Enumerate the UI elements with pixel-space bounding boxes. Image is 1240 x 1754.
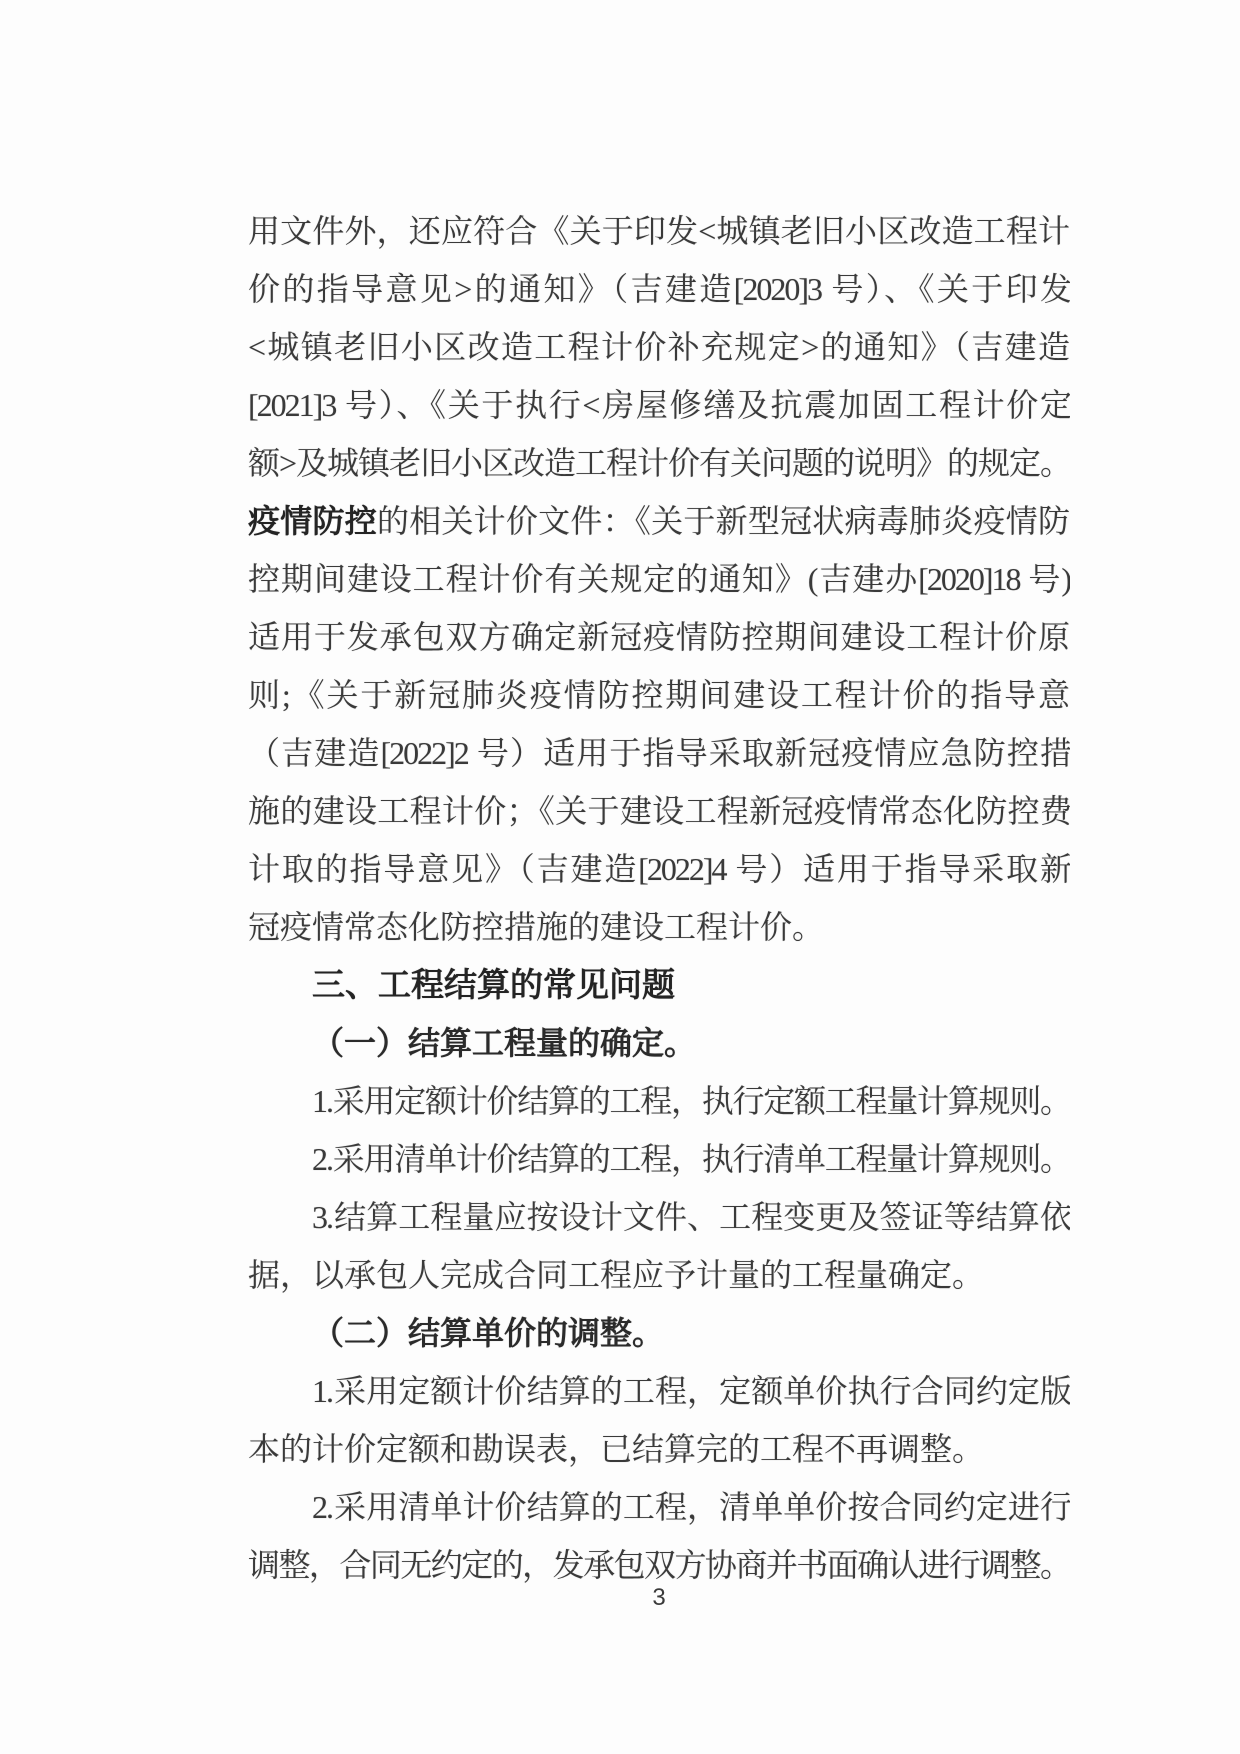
text-run: 据，以承包人完成合同工程应予计量的工程量确定。 bbox=[248, 1257, 984, 1293]
text-line: 价的指导意见>的通知》（吉建造[2020]3 号）、《关于印发 bbox=[248, 260, 1070, 318]
text-line: [2021]3 号）、《关于执行<房屋修缮及抗震加固工程计价定 bbox=[248, 376, 1070, 434]
text-run: 计取的指导意见》（吉建造[2022]4 号）适用于指导采取新 bbox=[248, 851, 1070, 887]
page-body: 用文件外，还应符合《关于印发<城镇老旧小区改造工程计价的指导意见>的通知》（吉建… bbox=[248, 202, 1070, 1594]
subsection-heading: （二）结算单价的调整。 bbox=[248, 1304, 1070, 1362]
text-run: 3.结算工程量应按设计文件、工程变更及签证等结算依 bbox=[312, 1199, 1070, 1235]
document-page: 用文件外，还应符合《关于印发<城镇老旧小区改造工程计价的指导意见>的通知》（吉建… bbox=[0, 0, 1240, 1754]
text-run: （一）结算工程量的确定。 bbox=[312, 1025, 696, 1061]
text-run: 价的指导意见>的通知》（吉建造[2020]3 号）、《关于印发 bbox=[248, 271, 1070, 307]
text-run: （二）结算单价的调整。 bbox=[312, 1315, 664, 1351]
text-run: 额>及城镇老旧小区改造工程计价有关问题的说明》的规定。 bbox=[248, 445, 1070, 481]
text-line: （吉建造[2022]2 号）适用于指导采取新冠疫情应急防控措 bbox=[248, 724, 1070, 782]
text-line: 计取的指导意见》（吉建造[2022]4 号）适用于指导采取新 bbox=[248, 840, 1070, 898]
subsection-heading: （一）结算工程量的确定。 bbox=[248, 1014, 1070, 1072]
text-line: 据，以承包人完成合同工程应予计量的工程量确定。 bbox=[248, 1246, 1070, 1304]
text-line: 1.采用定额计价结算的工程，执行定额工程量计算规则。 bbox=[248, 1072, 1070, 1130]
text-line: 2.采用清单计价结算的工程，清单单价按合同约定进行 bbox=[248, 1478, 1070, 1536]
text-run: 控期间建设工程计价有关规定的通知》(吉建办[2020]18 号) bbox=[248, 561, 1070, 597]
page-number: 3 bbox=[248, 1578, 1070, 1618]
text-line: 施的建设工程计价；《关于建设工程新冠疫情常态化防控费 bbox=[248, 782, 1070, 840]
text-line: 额>及城镇老旧小区改造工程计价有关问题的说明》的规定。 bbox=[248, 434, 1070, 492]
text-run: 本的计价定额和勘误表，已结算完的工程不再调整。 bbox=[248, 1431, 984, 1467]
text-run: 用文件外，还应符合《关于印发<城镇老旧小区改造工程计 bbox=[248, 213, 1070, 249]
text-line: 适用于发承包双方确定新冠疫情防控期间建设工程计价原 bbox=[248, 608, 1070, 666]
text-run: （吉建造[2022]2 号）适用于指导采取新冠疫情应急防控措 bbox=[248, 735, 1070, 771]
text-run: 三、工程结算的常见问题 bbox=[312, 966, 675, 1003]
text-run: 2.采用清单计价结算的工程，执行清单工程量计算规则。 bbox=[312, 1141, 1070, 1177]
text-run: 的相关计价文件：《关于新型冠状病毒肺炎疫情防 bbox=[377, 503, 1070, 539]
text-run: <城镇老旧小区改造工程计价补充规定>的通知》（吉建造 bbox=[248, 329, 1070, 365]
text-line: 本的计价定额和勘误表，已结算完的工程不再调整。 bbox=[248, 1420, 1070, 1478]
text-run: 施的建设工程计价；《关于建设工程新冠疫情常态化防控费 bbox=[248, 793, 1070, 829]
text-line: 用文件外，还应符合《关于印发<城镇老旧小区改造工程计 bbox=[248, 202, 1070, 260]
text-line: 冠疫情常态化防控措施的建设工程计价。 bbox=[248, 898, 1070, 956]
text-line: 2.采用清单计价结算的工程，执行清单工程量计算规则。 bbox=[248, 1130, 1070, 1188]
text-run: 1.采用定额计价结算的工程，执行定额工程量计算规则。 bbox=[312, 1083, 1070, 1119]
text-line: 1.采用定额计价结算的工程，定额单价执行合同约定版 bbox=[248, 1362, 1070, 1420]
text-run: [2021]3 号）、《关于执行<房屋修缮及抗震加固工程计价定 bbox=[248, 387, 1070, 423]
emphasis-term: 疫情防控 bbox=[248, 503, 377, 539]
section-heading: 三、工程结算的常见问题 bbox=[248, 956, 1070, 1014]
text-run: 则;《关于新冠肺炎疫情防控期间建设工程计价的指导意见》 bbox=[248, 677, 1070, 724]
text-line: 疫情防控的相关计价文件：《关于新型冠状病毒肺炎疫情防 bbox=[248, 492, 1070, 550]
text-line: 控期间建设工程计价有关规定的通知》(吉建办[2020]18 号) bbox=[248, 550, 1070, 608]
text-run: 冠疫情常态化防控措施的建设工程计价。 bbox=[248, 909, 824, 945]
text-run: 1.采用定额计价结算的工程，定额单价执行合同约定版 bbox=[312, 1373, 1070, 1409]
text-line: 3.结算工程量应按设计文件、工程变更及签证等结算依 bbox=[248, 1188, 1070, 1246]
text-run: 适用于发承包双方确定新冠疫情防控期间建设工程计价原 bbox=[248, 619, 1070, 655]
text-run: 2.采用清单计价结算的工程，清单单价按合同约定进行 bbox=[312, 1489, 1070, 1525]
text-line: 则;《关于新冠肺炎疫情防控期间建设工程计价的指导意见》 bbox=[248, 666, 1070, 724]
text-line: <城镇老旧小区改造工程计价补充规定>的通知》（吉建造 bbox=[248, 318, 1070, 376]
